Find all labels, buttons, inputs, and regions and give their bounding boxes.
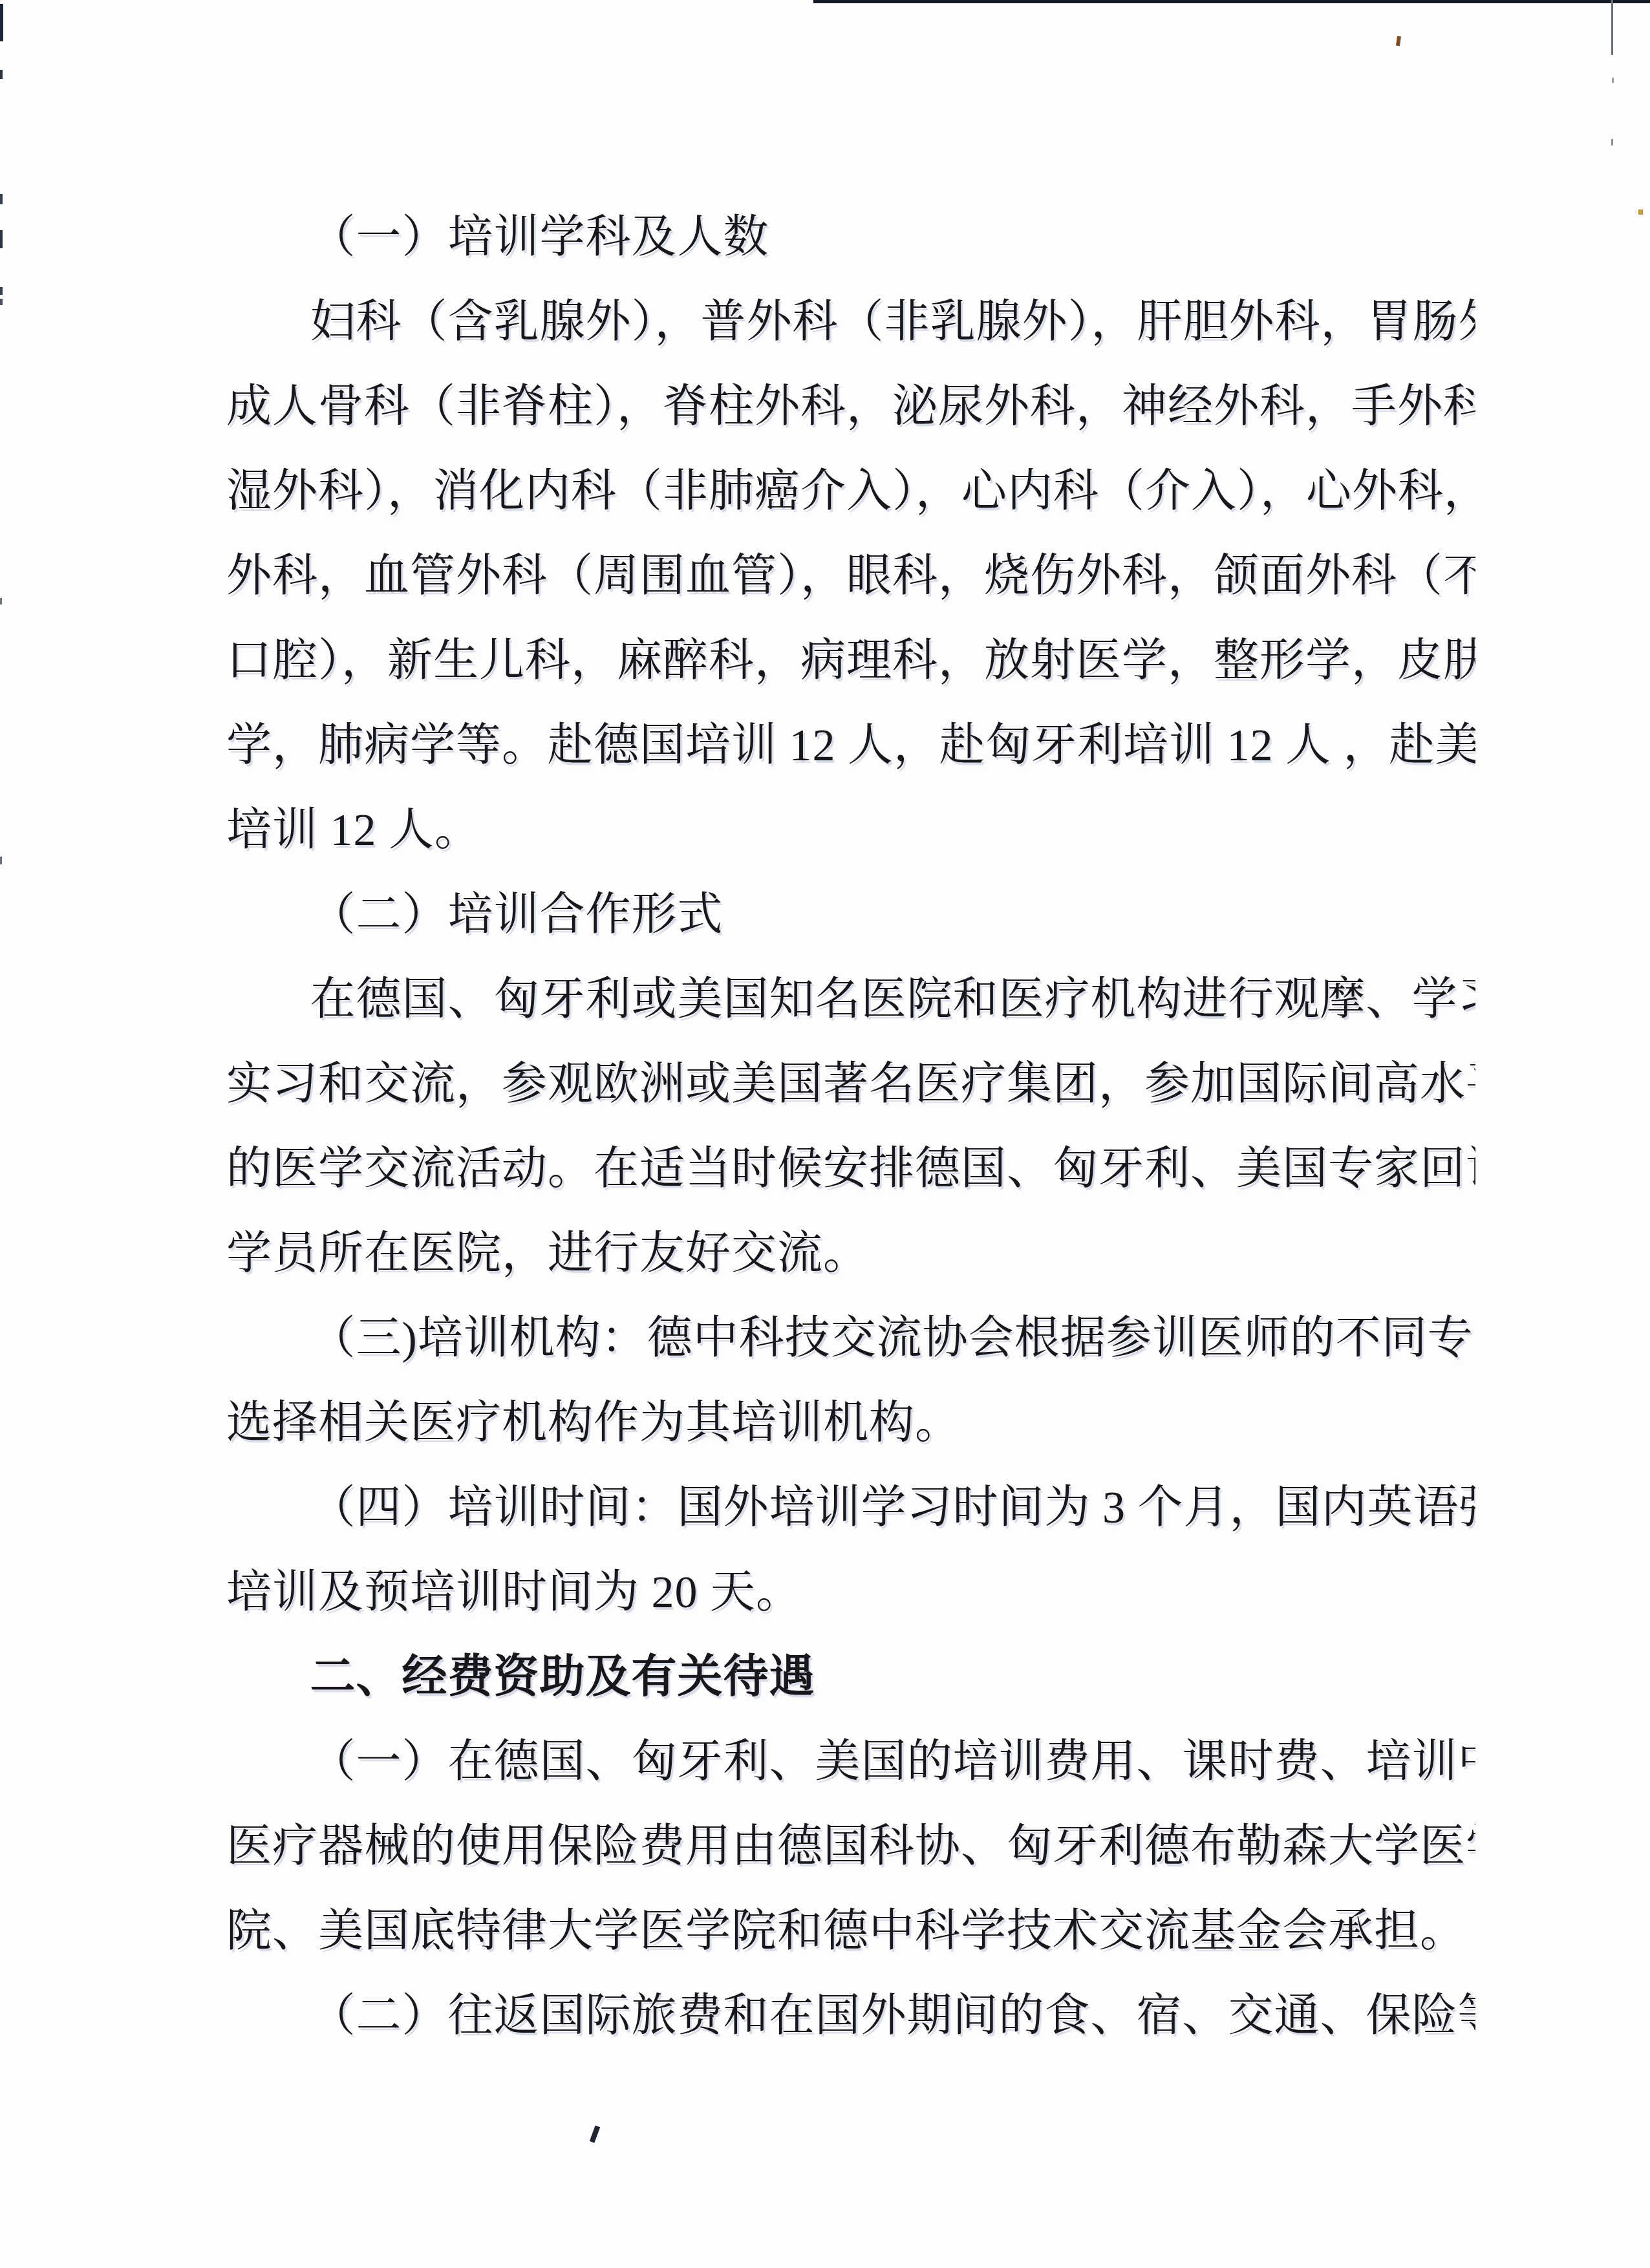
text-line-10: 在德国、匈牙利或美国知名医院和医疗机构进行观摩、学习、	[226, 957, 1475, 1042]
text-line-21: 院、美国底特律大学医学院和德中科学技术交流基金会承担。	[226, 1889, 1475, 1974]
left-edge-speck-1	[0, 70, 3, 79]
text-line-2: 妇科（含乳腺外），普外科（非乳腺外），肝胆外科，胃肠外科，	[226, 280, 1475, 365]
text-line-22: （二）往返国际旅费和在国外期间的食、宿、交通、保险等	[226, 1974, 1475, 2059]
text-line-13: 学员所在医院，进行友好交流。	[226, 1212, 1475, 1296]
stray-pen-mark	[590, 2125, 600, 2143]
left-edge-speck-7	[0, 857, 2, 864]
text-line-11: 实习和交流，参观欧洲或美国著名医疗集团，参加国际间高水平	[226, 1042, 1475, 1127]
left-edge-speck-3	[0, 230, 3, 248]
text-line-7: 学，肺病学等。赴德国培训 12 人，赴匈牙利培训 12 人 ，赴美国	[226, 703, 1475, 788]
text-line-17: 培训及预培训时间为 20 天。	[226, 1550, 1475, 1635]
brown-speck	[1396, 36, 1401, 47]
text-line-3: 成人骨科（非脊柱），脊柱外科，泌尿外科，神经外科，手外科（风	[226, 365, 1475, 449]
left-edge-speck-6	[0, 598, 2, 604]
text-line-20: 医疗器械的使用保险费用由德国科协、匈牙利德布勒森大学医学	[226, 1804, 1475, 1889]
top-edge-strip	[813, 0, 1650, 3]
left-edge-bar	[0, 4, 3, 41]
text-line-12: 的医学交流活动。在适当时候安排德国、匈牙利、美国专家回访	[226, 1127, 1475, 1212]
text-line-19: （一）在德国、匈牙利、美国的培训费用、课时费、培训中	[226, 1720, 1475, 1804]
right-edge-line	[1611, 0, 1613, 55]
text-line-5: 外科，血管外科（周围血管），眼科，烧伤外科，颌面外科（不含	[226, 534, 1475, 619]
document-body-text: （一）培训学科及人数妇科（含乳腺外），普外科（非乳腺外），肝胆外科，胃肠外科，成…	[226, 195, 1475, 2059]
text-line-1: （一）培训学科及人数	[226, 195, 1475, 280]
right-edge-speck-2	[1611, 139, 1613, 145]
left-edge-speck-4	[0, 287, 3, 295]
yellow-speck	[1638, 209, 1643, 215]
text-line-6: 口腔），新生儿科，麻醉科，病理科，放射医学，整形学，皮肤病	[226, 619, 1475, 703]
text-line-8: 培训 12 人。	[226, 788, 1475, 873]
text-line-14: （三)培训机构：德中科技交流协会根据参训医师的不同专业，	[226, 1296, 1475, 1381]
text-line-9: （二）培训合作形式	[226, 873, 1475, 957]
right-edge-speck	[1612, 78, 1614, 83]
text-line-18: 二、经费资助及有关待遇	[226, 1635, 1475, 1720]
left-edge-speck-2	[0, 194, 3, 204]
scanned-document-page: （一）培训学科及人数妇科（含乳腺外），普外科（非乳腺外），肝胆外科，胃肠外科，成…	[0, 0, 1650, 2268]
text-line-16: （四）培训时间：国外培训学习时间为 3 个月，国内英语强化	[226, 1466, 1475, 1550]
text-line-15: 选择相关医疗机构作为其培训机构。	[226, 1381, 1475, 1466]
left-edge-speck-5	[0, 299, 3, 305]
text-line-4: 湿外科），消化内科（非肺癌介入），心内科（介入），心外科，胸	[226, 449, 1475, 534]
